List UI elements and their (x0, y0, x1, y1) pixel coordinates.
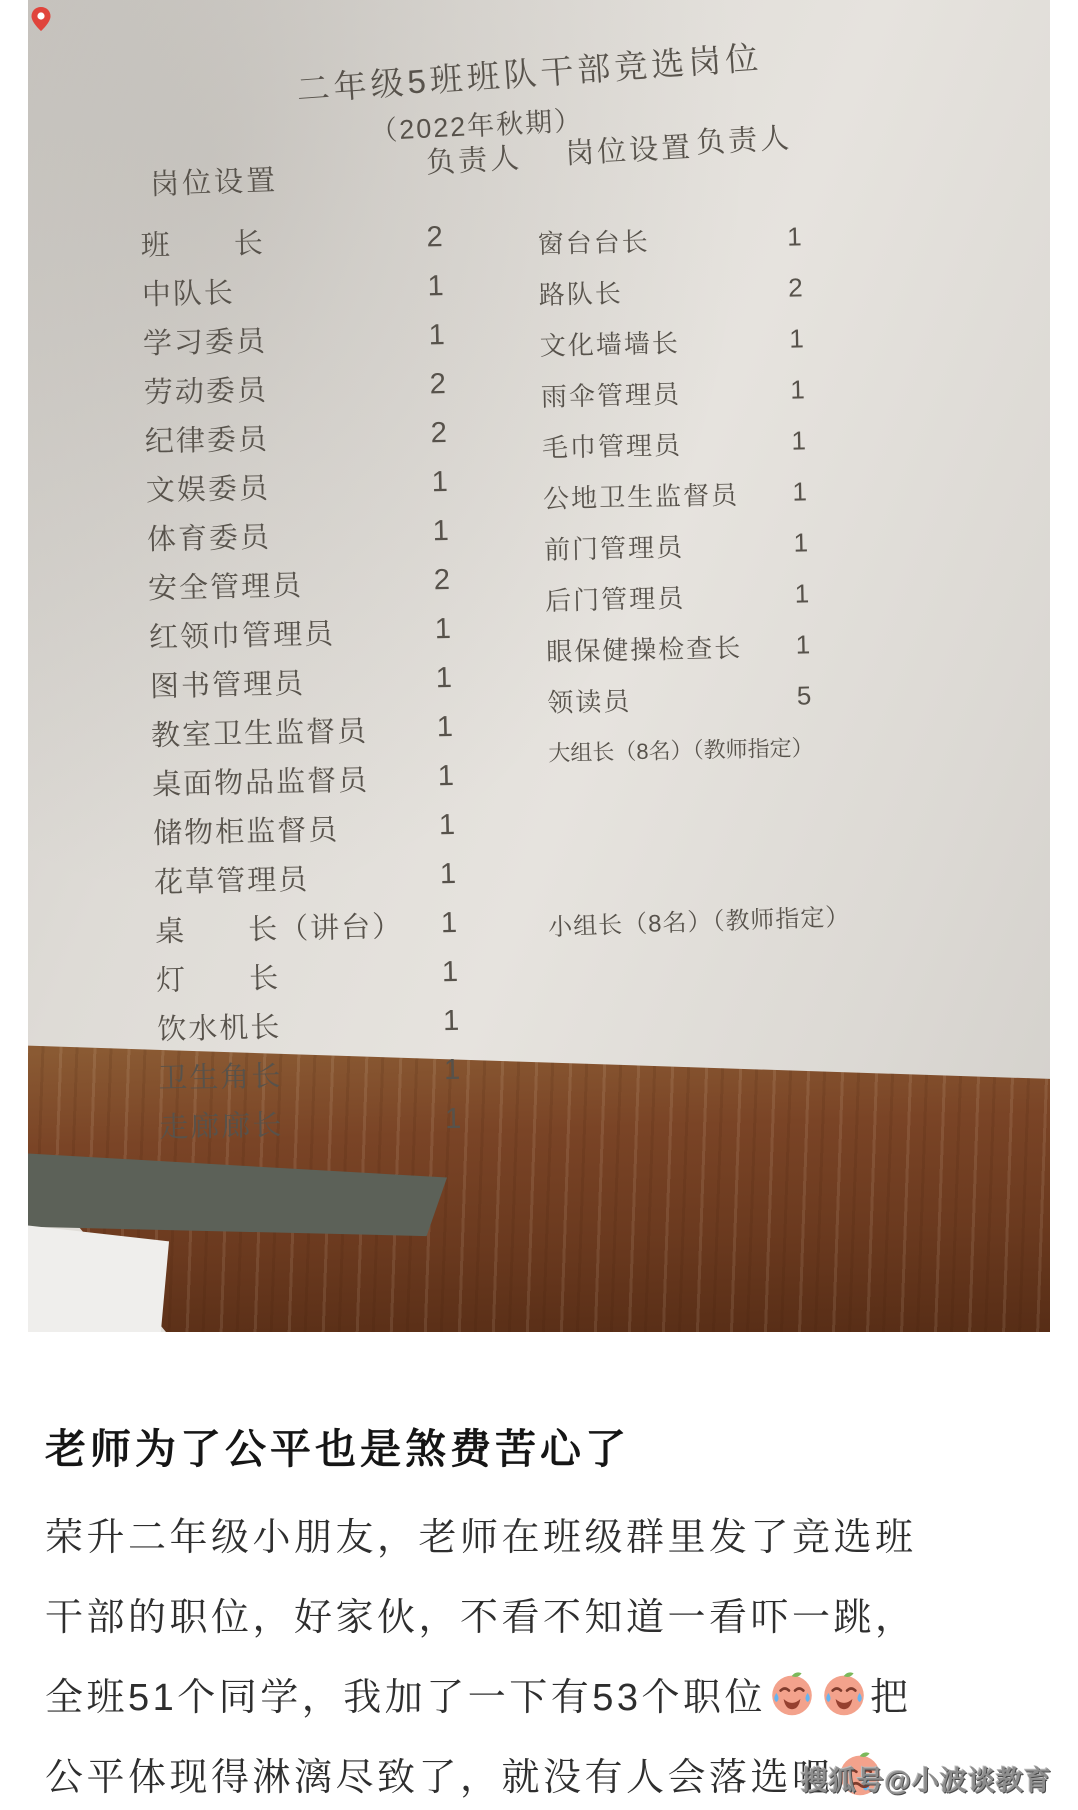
position-count: 1 (439, 809, 464, 842)
position-row: 学习委员 1 (142, 311, 453, 366)
position-row: 劳动委员 2 (143, 360, 454, 415)
position-row: 红领巾管理员 1 (148, 605, 459, 660)
position-row: 桌 长（讲台） 1 (155, 899, 466, 954)
position-count: 1 (793, 527, 816, 558)
position-label: 领读员 (547, 681, 632, 720)
position-count: 1 (438, 760, 463, 793)
position-row: 公地卫生监督员 1 (542, 466, 815, 523)
position-count: 1 (427, 270, 452, 303)
position-count: 1 (445, 1103, 470, 1136)
position-count: 1 (792, 476, 815, 507)
position-label: 图书管理员 (150, 661, 306, 705)
position-count: 1 (431, 466, 456, 499)
position-count: 2 (788, 272, 811, 303)
position-label: 桌面物品监督员 (152, 758, 370, 804)
red-pin-icon (30, 6, 52, 32)
position-label: 前门管理员 (544, 527, 685, 567)
position-list-left: 班 长 2 中队长 1 学习委员 1 劳动委员 2 (140, 213, 469, 1150)
position-label: 纪律委员 (144, 417, 269, 461)
position-row: 前门管理员 1 (544, 517, 817, 574)
header-positions-left: 岗位设置 (149, 158, 278, 203)
position-count: 1 (794, 578, 817, 609)
position-count: 1 (428, 319, 453, 352)
position-label: 毛巾管理员 (542, 425, 683, 465)
position-count: 5 (796, 680, 819, 711)
caption-line-text: 全班51个同学，我加了一下有53个职位 (45, 1666, 766, 1721)
position-row: 体育委员 1 (146, 507, 457, 562)
crying-laugh-emoji-icon (768, 1669, 816, 1717)
position-row: 大组长（8名）（教师指定） (548, 721, 821, 778)
position-count: 2 (430, 417, 455, 450)
position-count: 1 (435, 662, 460, 695)
position-label: 教室卫生监督员 (151, 709, 369, 755)
position-count: 1 (432, 515, 457, 548)
caption-line: 干部的职位，好家伙，不看不知道一看吓一跳， (45, 1573, 1078, 1653)
watermark: 搜狐号@小波谈教育 (801, 1759, 1052, 1798)
position-label: 劳动委员 (143, 368, 268, 412)
position-row: 储物柜监督员 1 (153, 801, 464, 856)
position-count: 2 (429, 368, 454, 401)
article-page: 二年级5班班队干部竞选岗位 （2022年秋期） 岗位设置 负责人 岗位设置 负责… (0, 0, 1078, 1810)
position-row: 文化墙墙长 1 (539, 313, 812, 370)
position-label: 安全管理员 (148, 563, 304, 607)
position-label: 文化墙墙长 (539, 323, 680, 363)
header-positions-right: 岗位设置 (564, 125, 694, 173)
position-count: 1 (442, 956, 467, 989)
position-label: 卫生角长 (158, 1054, 283, 1098)
caption-headline: 老师为了公平也是煞费苦心了 (45, 1416, 1078, 1475)
position-row: 饮水机长 1 (157, 997, 468, 1052)
position-label: 体育委员 (147, 515, 272, 559)
position-row: 纪律委员 2 (144, 409, 455, 464)
position-row: 后门管理员 1 (545, 568, 818, 625)
position-row: 教室卫生监督员 1 (151, 703, 462, 758)
position-label: 路队长 (538, 273, 623, 312)
position-label: 文娱委员 (145, 466, 270, 510)
position-label: 后门管理员 (545, 578, 686, 618)
position-row: 班 长 2 (140, 213, 451, 268)
position-count: 1 (443, 1005, 468, 1038)
position-count: 1 (790, 374, 813, 405)
position-row: 路队长 2 (538, 262, 811, 319)
caption-line-text: 干部的职位，好家伙，不看不知道一看吓一跳， (45, 1586, 917, 1641)
position-count: 2 (426, 221, 451, 254)
position-row: 走廊廊长 1 (159, 1095, 470, 1150)
position-label: 班 长 (140, 221, 265, 265)
position-count: 1 (437, 711, 462, 744)
position-label: 学习委员 (142, 319, 267, 363)
position-count: 1 (441, 907, 466, 940)
caption-line: 全班51个同学，我加了一下有53个职位 (45, 1653, 1078, 1733)
caption-line-text: 荣升二年级小朋友，老师在班级群里发了竞选班 (45, 1506, 917, 1561)
position-label: 雨伞管理员 (541, 374, 682, 414)
caption-line: 荣升二年级小朋友，老师在班级群里发了竞选班 (45, 1493, 1078, 1573)
position-row: 桌面物品监督员 1 (152, 752, 463, 807)
position-count: 1 (434, 613, 459, 646)
position-row: 毛巾管理员 1 (541, 415, 814, 472)
position-label: 眼保健操检查长 (546, 628, 743, 669)
position-label: 走廊廊长 (159, 1103, 284, 1147)
position-list-right: 窗台台长 1 路队长 2 文化墙墙长 1 雨伞管理员 1 (537, 211, 821, 778)
position-row: 卫生角长 1 (158, 1046, 469, 1101)
header-person-in-charge-right: 负责人 (695, 116, 793, 162)
photo-handwritten-list[interactable]: 二年级5班班队干部竞选岗位 （2022年秋期） 岗位设置 负责人 岗位设置 负责… (28, 0, 1050, 1332)
position-count: 1 (440, 858, 465, 891)
position-row: 领读员 5 (547, 670, 820, 727)
crying-laugh-emoji-icon (820, 1669, 868, 1717)
position-count: 1 (795, 629, 818, 660)
position-label: 公地卫生监督员 (543, 475, 740, 516)
position-row: 花草管理员 1 (154, 850, 465, 905)
position-label: 大组长（8名）（教师指定） (548, 731, 814, 768)
position-count: 1 (789, 323, 812, 354)
position-label: 中队长 (141, 270, 235, 313)
position-row: 图书管理员 1 (150, 654, 461, 709)
position-label: 饮水机长 (157, 1005, 282, 1049)
position-label: 储物柜监督员 (153, 807, 340, 852)
caption-line-text: 公平体现得淋漓尽致了，就没有人会落选吧 (45, 1746, 834, 1801)
position-row: 文娱委员 1 (145, 458, 456, 513)
position-row: 安全管理员 2 (147, 556, 458, 611)
position-count: 1 (791, 425, 814, 456)
position-count: 2 (433, 564, 458, 597)
caption-line-text: 把 (870, 1666, 912, 1721)
position-row: 眼保健操检查长 1 (546, 619, 819, 676)
position-row: 中队长 1 (141, 262, 452, 317)
position-count: 1 (444, 1054, 469, 1087)
position-row: 雨伞管理员 1 (540, 364, 813, 421)
position-label: 花草管理员 (154, 857, 310, 901)
position-label: 桌 长（讲台） (155, 904, 404, 950)
position-label: 窗台台长 (537, 222, 650, 261)
caption-section: 老师为了公平也是煞费苦心了 荣升二年级小朋友，老师在班级群里发了竞选班 干部的职… (0, 1332, 1078, 1810)
header-person-in-charge-left: 负责人 (425, 136, 523, 182)
position-row: 窗台台长 1 (537, 211, 810, 268)
position-label: 灯 长 (156, 956, 281, 1000)
position-row: 灯 长 1 (156, 948, 467, 1003)
position-count: 1 (787, 221, 810, 252)
position-label: 红领巾管理员 (149, 611, 336, 656)
